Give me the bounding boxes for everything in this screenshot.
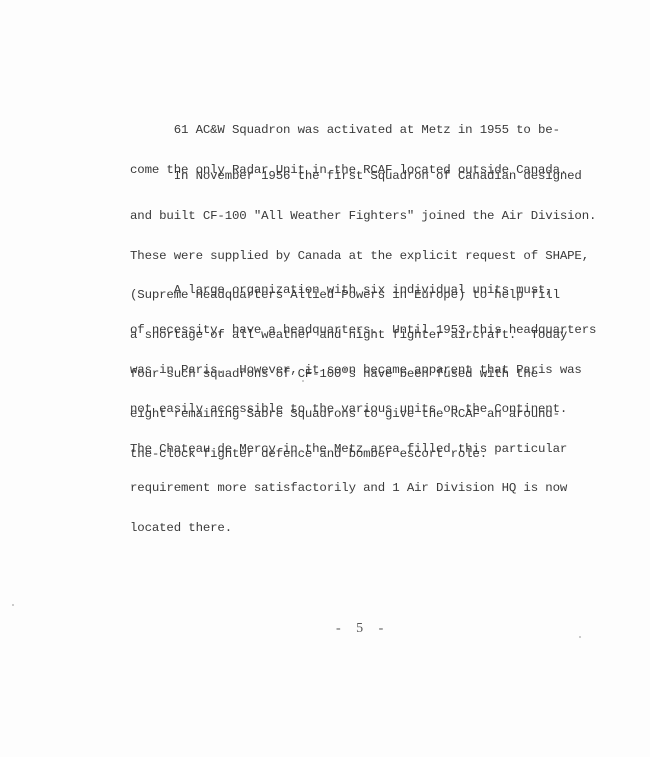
paragraph-headquarters: A large organization with six individual… <box>130 258 570 562</box>
text-line: was in Paris. However, it soon became ap… <box>130 364 570 377</box>
scan-speck <box>579 636 581 638</box>
text-line: and built CF-100 "All Weather Fighters" … <box>130 210 570 223</box>
text-line: requirement more satisfactorily and 1 Ai… <box>130 482 570 495</box>
text-line: located there. <box>130 522 570 535</box>
text-line: not easily accessible to the various uni… <box>130 403 570 416</box>
text-line: of necessity, have a headquarters. Until… <box>130 324 570 337</box>
text-line: The Chateau de Mercy in the Metz area fi… <box>130 443 570 456</box>
text-line: In November 1956 the first Squadron of C… <box>130 170 570 183</box>
scan-speck <box>302 380 304 382</box>
scan-speck <box>12 604 14 606</box>
text-line: A large organization with six individual… <box>130 284 570 297</box>
document-page: 61 AC&W Squadron was activated at Metz i… <box>0 0 650 757</box>
text-line: 61 AC&W Squadron was activated at Metz i… <box>130 124 570 137</box>
page-number: - 5 - <box>336 621 389 637</box>
